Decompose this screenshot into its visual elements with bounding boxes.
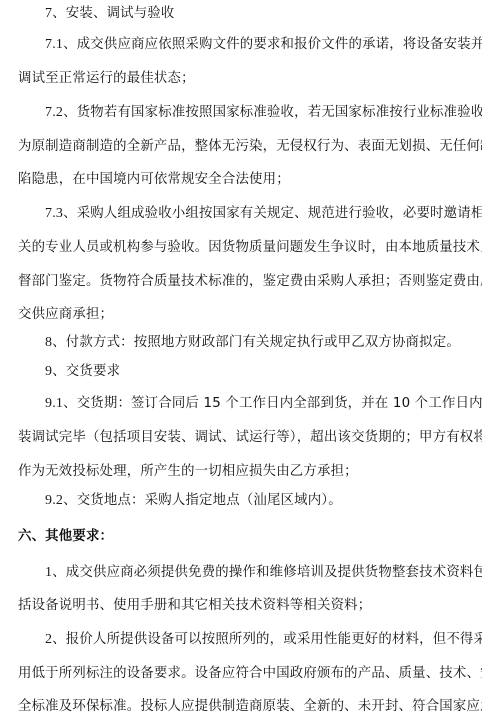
paragraph-line: 括设备说明书、使用手册和其它相关技术资料等相关资料； [18, 596, 371, 616]
paragraph-line: 关的专业人员或机构参与验收。因货物质量问题发生争议时，由本地质量技术监 [18, 238, 482, 258]
paragraph-line: 调试至正常运行的最佳状态； [18, 69, 195, 89]
paragraph-line: 全标准及环保标准。投标人应提供制造商原装、全新的、未开封、符合国家应急 [18, 697, 482, 717]
heading-7: 7、安装、调试与验收 [45, 4, 175, 24]
paragraph-line: 用低于所列标注的设备要求。设备应符合中国政府颁布的产品、质量、技术、安 [18, 664, 482, 684]
paragraph-line: 陷隐患，在中国境内可依常规安全合法使用； [18, 170, 290, 190]
clause-9-1: 9.1、交货期：签订合同后 15 个工作日内全部到货，并在 10 个工作日内安 [45, 394, 482, 414]
clause-7-2: 7.2、货物若有国家标准按照国家标准验收，若无国家标准按行业标准验收， [45, 103, 482, 123]
paragraph-line: 作为无效投标处理，所产生的一切相应损失由乙方承担； [18, 462, 358, 482]
clause-9-2: 9.2、交货地点：采购人指定地点（汕尾区域内）。 [45, 491, 342, 511]
paragraph-line: 装调试完毕（包括项目安装、调试、试运行等），超出该交货期的；甲方有权将 [18, 428, 482, 448]
paragraph-line: 交供应商承担； [18, 305, 113, 325]
clause-7-3: 7.3、采购人组成验收小组按国家有关规定、规范进行验收，必要时邀请相 [45, 204, 482, 224]
paragraph-line: 督部门鉴定。货物符合质量技术标准的，鉴定费由采购人承担；否则鉴定费由成 [18, 272, 482, 292]
clause-7-1: 7.1、成交供应商应依照采购文件的要求和报价文件的承诺，将设备安装并 [45, 35, 482, 55]
paragraph-line: 为原制造商制造的全新产品，整体无污染，无侵权行为、表面无划损、无任何缺 [18, 137, 482, 157]
heading-8-payment: 8、付款方式：按照地方财政部门有关规定执行或甲乙双方协商拟定。 [45, 333, 460, 353]
heading-9-delivery: 9、交货要求 [45, 362, 120, 382]
section-heading-other-requirements: 六、其他要求： [18, 527, 113, 547]
requirement-2: 2、报价人所提供设备可以按照所列的，或采用性能更好的材料，但不得采 [45, 630, 482, 650]
requirement-1: 1、成交供应商必须提供免费的操作和维修培训及提供货物整套技术资料包 [45, 563, 482, 583]
